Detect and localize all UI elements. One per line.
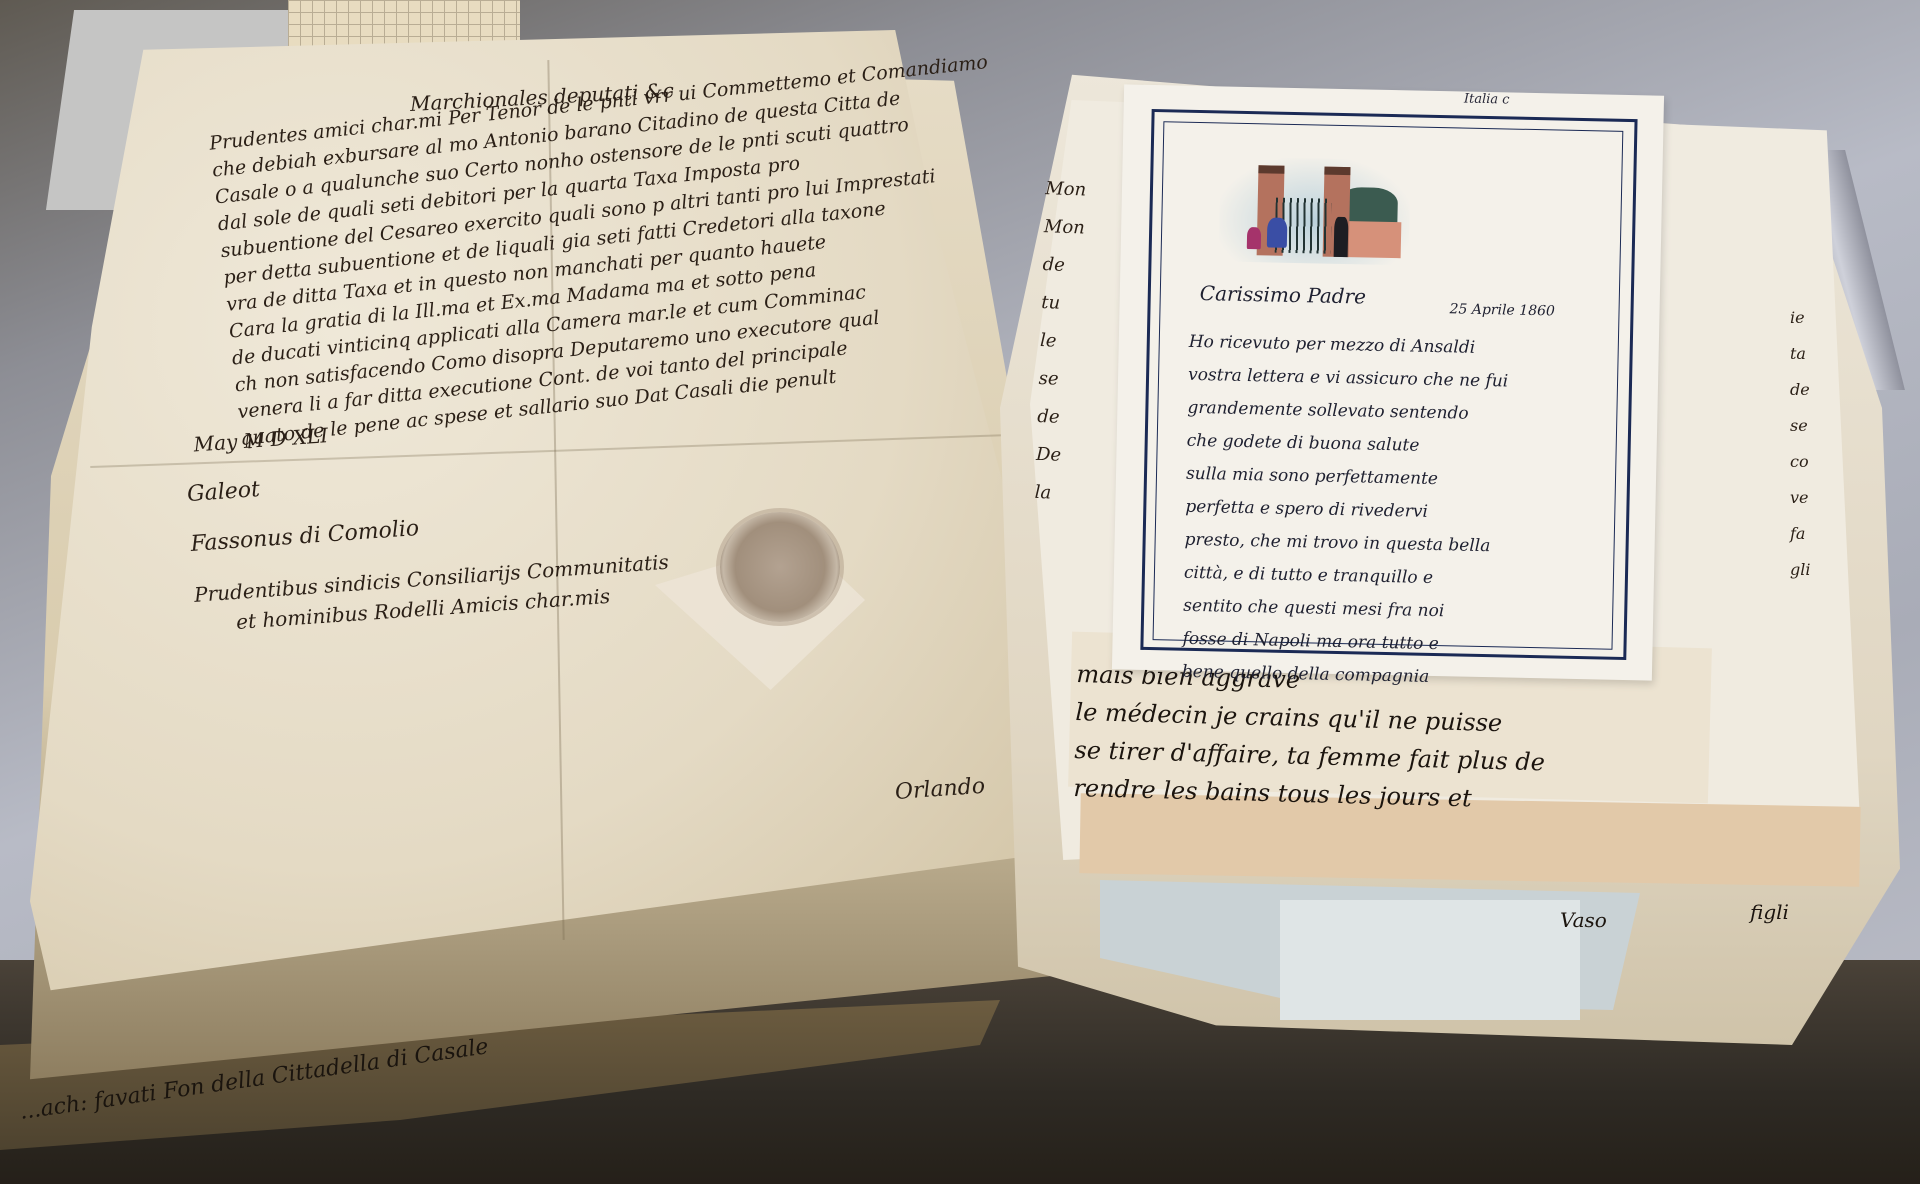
letter-place: Italia c [1464,92,1510,108]
margin-word: le [1039,322,1081,361]
margin-word: De [1035,436,1077,475]
margin-word: Mon [1045,170,1087,209]
gray-paper-slip [1280,900,1580,1020]
illustration-man [1334,217,1349,257]
margin-word: de [1037,398,1079,437]
vaso-text: Vaso [1560,908,1607,932]
margin-word: ve [1790,480,1810,516]
letter-line: bene quello della compagnia [1182,656,1503,696]
margin-word: se [1038,360,1080,399]
margin-word: fa [1790,516,1810,552]
margin-word: ta [1790,336,1810,372]
illustrated-letter: Italia c Carissimo Padre 25 Aprile 1860 … [1112,84,1664,680]
margin-word: de [1790,372,1810,408]
margin-word: tu [1041,284,1083,323]
letter-date: 25 Aprile 1860 [1449,301,1555,319]
signature-block: May M D XLI Galeot Fassonus di Comolio P… [182,387,672,650]
letter-salutation: Carissimo Padre [1200,281,1367,308]
gate-illustration-icon [1218,156,1410,265]
margin-word: gli [1790,552,1810,588]
underlying-letter-margin-right: ie ta de se co ve fa gli [1790,300,1810,588]
illustration-child [1247,227,1261,249]
margin-word: la [1034,474,1076,513]
margin-word: Mon [1043,208,1085,247]
margin-word: co [1790,444,1810,480]
margin-word: ie [1790,300,1810,336]
margin-word: de [1042,246,1084,285]
letter-body: Ho ricevuto per mezzo di Ansaldi vostra … [1182,326,1510,696]
illustration-woman [1267,217,1288,247]
margin-word: se [1790,408,1810,444]
wax-seal-icon [720,512,840,622]
figli-text: figli [1750,900,1789,924]
